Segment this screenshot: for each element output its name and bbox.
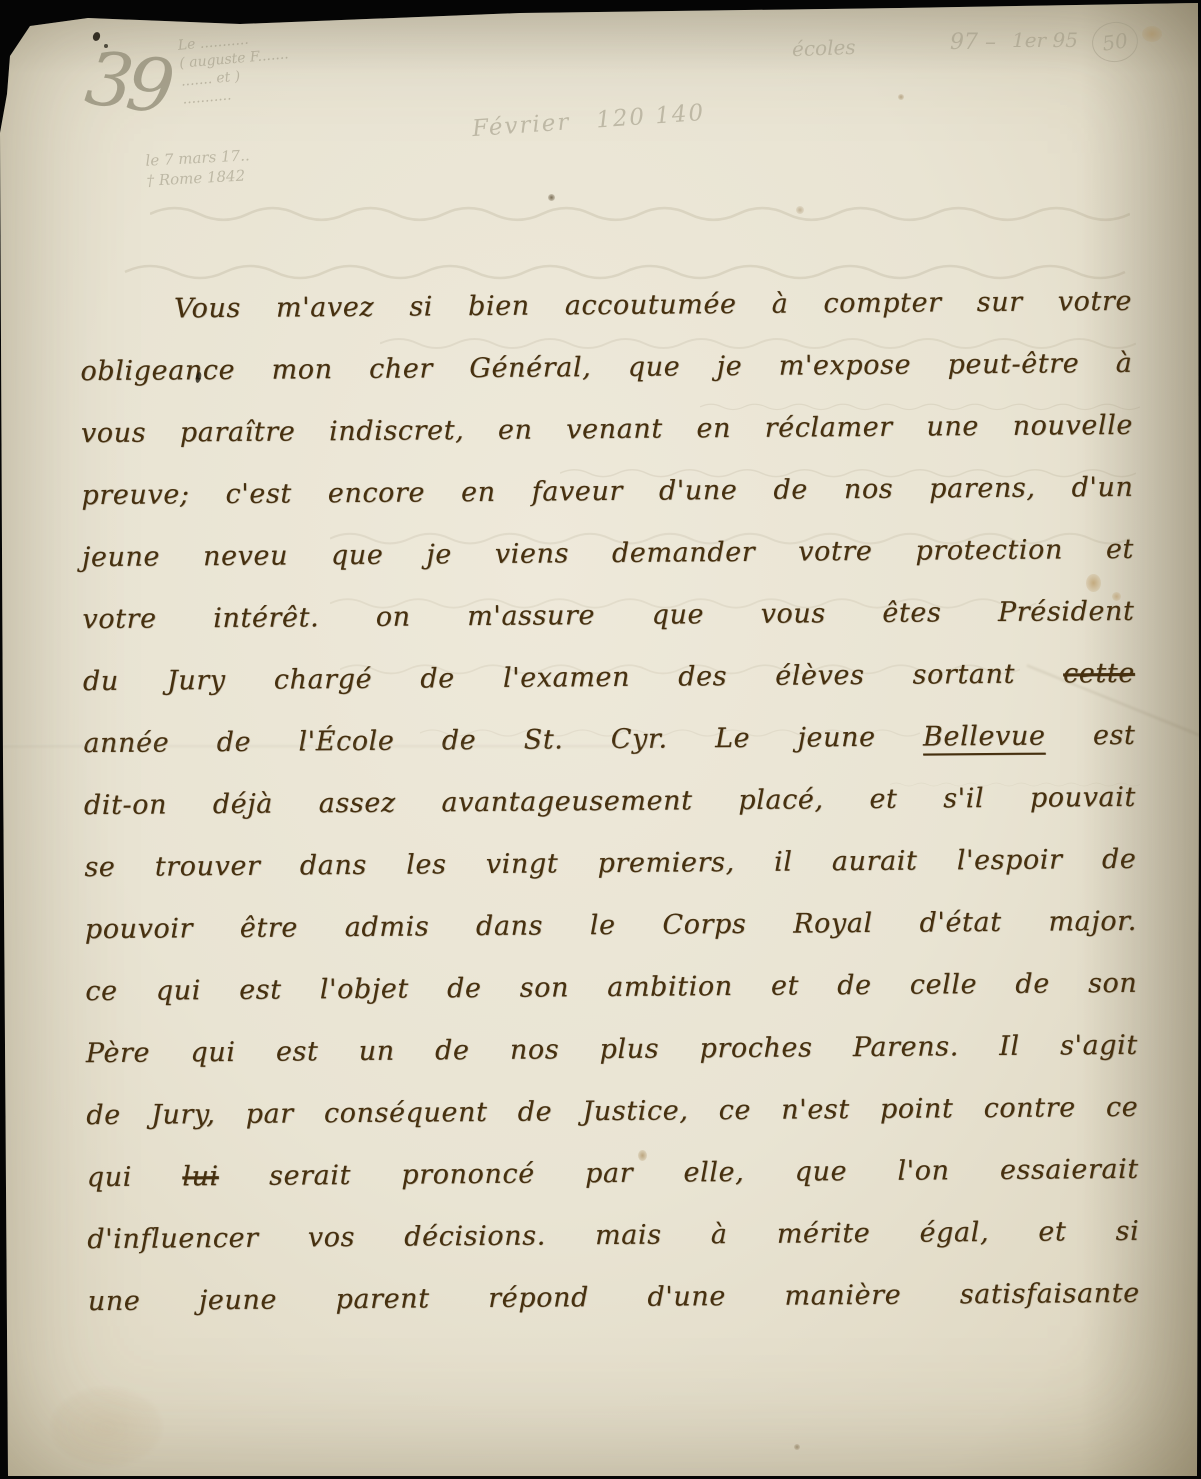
letter-line: vous paraître indiscret, en venant en ré… (81, 410, 1133, 480)
paper-sheet: 39 Le ........... ( auguste F....... ...… (0, 0, 1201, 1479)
stain (794, 1444, 800, 1450)
line-text: du Jury chargé de l'examen des élèves so… (83, 658, 1063, 697)
letter-photo: { "palette": { "background": "#050505", … (0, 0, 1201, 1479)
line-text: serait prononcé par elle, que l'on essai… (219, 1154, 1139, 1192)
letter-body: Vous m'avez si bien accoutumée à compter… (80, 286, 1140, 1348)
letter-line: d'influencer vos décisions. mais à mérit… (87, 1216, 1139, 1286)
struck-word: cette (1063, 658, 1135, 690)
letter-line: votre intérêt. on m'assure que vous êtes… (82, 596, 1134, 666)
pencil-catalog-number: 39 (81, 35, 173, 130)
dates-line: † Rome 1842 (146, 165, 251, 190)
pencil-rank-note: 1er 95 (1012, 28, 1078, 52)
stain (898, 94, 904, 100)
stain (796, 206, 804, 214)
stain (548, 194, 555, 201)
line-text: est (1045, 720, 1135, 752)
pencil-provenance-note: Le ........... ( auguste F....... ......… (177, 27, 292, 108)
line-text: Vous m'avez si bien accoutumée à compter… (174, 286, 1132, 325)
line-text: année de l'École de St. Cyr. Le jeune (83, 722, 923, 760)
letter-line: Vous m'avez si bien accoutumée à compter… (80, 286, 1132, 356)
letter-line: du Jury chargé de l'examen des élèves so… (83, 658, 1135, 728)
letter-line: ce qui est l'objet de son ambition et de… (85, 968, 1137, 1038)
letter-line: une jeune parent répond d'une manière sa… (88, 1278, 1140, 1348)
pencil-circled-number: 50 (1089, 19, 1140, 65)
letter-line: Père qui est un de nos plus proches Pare… (86, 1030, 1138, 1100)
letter-line: année de l'École de St. Cyr. Le jeune Be… (83, 720, 1135, 790)
stain (1142, 26, 1162, 42)
letter-line: se trouver dans les vingt premiers, il a… (84, 844, 1136, 914)
pencil-subject-note: écoles (792, 35, 856, 61)
letter-line: obligeance mon cher Général, que je m'ex… (80, 348, 1132, 418)
pencil-dates-note: le 7 mars 17.. † Rome 1842 (145, 145, 251, 190)
date-note: Février (471, 109, 571, 142)
struck-word: lui (182, 1161, 219, 1192)
letter-line: jeune neveu que je viens demander votre … (82, 534, 1134, 604)
letter-line: dit-on déjà assez avantageusement placé,… (84, 782, 1136, 852)
letter-line: pouvoir être admis dans le Corps Royal d… (85, 906, 1137, 976)
folio-note: 120 140 (595, 100, 706, 134)
pencil-date-folio-note: Février120 140 (471, 100, 706, 142)
stain (52, 1388, 162, 1466)
pencil-number-note: 97 – (950, 30, 996, 55)
letter-line: de Jury, par conséquent de Justice, ce n… (86, 1092, 1138, 1162)
letter-line: preuve; c'est encore en faveur d'une de … (81, 472, 1133, 542)
line-text: qui (87, 1161, 183, 1193)
letter-line: qui lui serait prononcé par elle, que l'… (87, 1154, 1139, 1224)
underlined-name: Bellevue (923, 721, 1046, 753)
